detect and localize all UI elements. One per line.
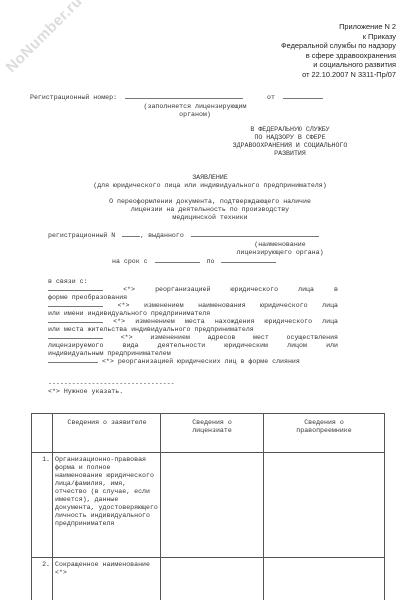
registration-note-line: органом) — [130, 111, 260, 119]
reason-marker: <*> — [102, 358, 114, 365]
reason-checkbox-field[interactable] — [48, 362, 98, 363]
header-line: и социального развития — [281, 60, 396, 70]
registration-note-line: (заполняется лицензирующим — [130, 103, 260, 111]
header-line: Приложение N 2 — [281, 22, 396, 32]
reason-marker: <*> — [121, 334, 133, 341]
footnote-text: <*> Нужное указать. — [48, 388, 175, 396]
reason-marker: <*> — [118, 302, 130, 309]
successor-cell[interactable] — [264, 558, 385, 600]
reason-text-cont: или места жительства индивидуального пре… — [48, 326, 338, 334]
reason-text: изменением места нахождения юридического… — [135, 318, 338, 325]
license-issued-label: , выданного — [140, 232, 184, 239]
issuer-note: (наименование лицензирующего органа) — [205, 241, 355, 257]
issuer-note-line: (наименование — [205, 241, 355, 249]
reason-text: реорганизацией юридического лица в — [155, 286, 338, 293]
license-reg-label: регистрационный N — [48, 232, 115, 239]
reason-item: <*> реорганизацией юридического лица в — [48, 286, 338, 294]
reason-checkbox-field[interactable] — [48, 306, 103, 307]
license-number-field[interactable] — [122, 236, 140, 237]
reason-text-cont: форме преобразования — [48, 294, 338, 302]
addressee-line: ПО НАДЗОРУ В СФЕРЕ — [222, 134, 358, 142]
reason-item: <*> изменением наименования юридического… — [48, 302, 338, 310]
document-subject: О переоформлении документа, подтверждающ… — [0, 198, 420, 222]
document-header: Приложение N 2 к Приказу Федеральной слу… — [281, 22, 396, 80]
subject-line: лицензии на деятельность по производству — [0, 206, 420, 214]
watermark: NoNumber.ru — [3, 0, 86, 76]
license-issuer-field[interactable] — [191, 236, 319, 237]
table-header-licensee: Сведения о лицензиате — [161, 414, 264, 453]
reasons-block: в связи с: <*> реорганизацией юридическо… — [48, 278, 338, 366]
row-label: Организационно-правовая форма и полное н… — [53, 453, 161, 558]
addressee-line: РАЗВИТИЯ — [222, 150, 358, 158]
title-main: ЗАЯВЛЕНИЕ — [0, 174, 420, 182]
reason-marker: <*> — [113, 318, 125, 325]
term-from-field[interactable] — [155, 262, 200, 263]
header-line: в сфере здравоохранения — [281, 51, 396, 61]
row-label: Сокращенное наименование <*> — [53, 558, 161, 600]
reason-marker: <*> — [123, 286, 135, 293]
table-header-num — [32, 414, 53, 453]
registration-label: Регистрационный номер: — [30, 94, 117, 101]
licensee-cell[interactable] — [161, 453, 264, 558]
subject-line: О переоформлении документа, подтверждающ… — [0, 198, 420, 206]
addressee-block: В ФЕДЕРАЛЬНУЮ СЛУЖБУ ПО НАДЗОРУ В СФЕРЕ … — [222, 126, 358, 158]
document-title: ЗАЯВЛЕНИЕ (для юридического лица или инд… — [0, 174, 420, 190]
header-line: Федеральной службы по надзору — [281, 41, 396, 51]
reason-item: <*> изменением адресов мест осуществлени… — [48, 334, 338, 342]
reason-checkbox-field[interactable] — [48, 290, 103, 291]
reason-text: реорганизацией юридических лиц в форме с… — [118, 358, 300, 365]
registration-number-field[interactable] — [125, 98, 243, 99]
term-to-label: по — [207, 258, 215, 265]
reason-text-cont: индивидуальным предпринимателем — [48, 350, 338, 358]
reasons-intro: в связи с: — [48, 278, 338, 286]
table-header-successor: Сведения о правопреемнике — [264, 414, 385, 453]
row-number: 2. — [32, 558, 53, 600]
registration-date-field[interactable] — [283, 98, 323, 99]
reason-text-cont: или имени индивидуального предпринимател… — [48, 310, 338, 318]
footnote: -------------------------------- <*> Нуж… — [48, 380, 175, 396]
reason-text: изменением адресов мест осуществления — [150, 334, 338, 341]
successor-cell[interactable] — [264, 453, 385, 558]
term-to-field[interactable] — [221, 262, 276, 263]
term-from-label: на срок с — [112, 258, 148, 265]
addressee-line: В ФЕДЕРАЛЬНУЮ СЛУЖБУ — [222, 126, 358, 134]
reason-checkbox-field[interactable] — [48, 322, 103, 323]
table-row: 1. Организационно-правовая форма и полно… — [32, 453, 385, 558]
table-header-row: Сведения о заявителе Сведения о лицензиа… — [32, 414, 385, 453]
licensee-cell[interactable] — [161, 558, 264, 600]
header-line: к Приказу — [281, 32, 396, 42]
reason-text-cont: лицензируемого вида деятельности юридиче… — [48, 342, 338, 350]
registration-note: (заполняется лицензирующим органом) — [130, 103, 260, 119]
header-line: от 22.10.2007 N 3311-Пр/07 — [281, 70, 396, 80]
license-row: регистрационный N , выданного — [48, 232, 319, 240]
footnote-rule: -------------------------------- — [48, 380, 175, 388]
title-subtitle: (для юридического лица или индивидуально… — [0, 182, 420, 190]
table-row: 2. Сокращенное наименование <*> — [32, 558, 385, 600]
reason-text: изменением наименования юридического лиц… — [144, 302, 338, 309]
addressee-line: ЗДРАВООХРАНЕНИЯ И СОЦИАЛЬНОГО — [222, 142, 358, 150]
registration-row: Регистрационный номер: от — [30, 94, 323, 102]
reason-item: <*> реорганизацией юридических лиц в фор… — [48, 358, 338, 366]
reason-checkbox-field[interactable] — [48, 338, 103, 339]
license-term-row: на срок с по — [112, 258, 276, 266]
row-number: 1. — [32, 453, 53, 558]
applicant-info-table: Сведения о заявителе Сведения о лицензиа… — [31, 413, 385, 600]
reason-item: <*> изменением места нахождения юридичес… — [48, 318, 338, 326]
issuer-note-line: лицензирующего органа) — [205, 249, 355, 257]
table-header-applicant: Сведения о заявителе — [53, 414, 161, 453]
registration-date-label: от — [267, 94, 275, 101]
subject-line: медицинской техники — [0, 214, 420, 222]
